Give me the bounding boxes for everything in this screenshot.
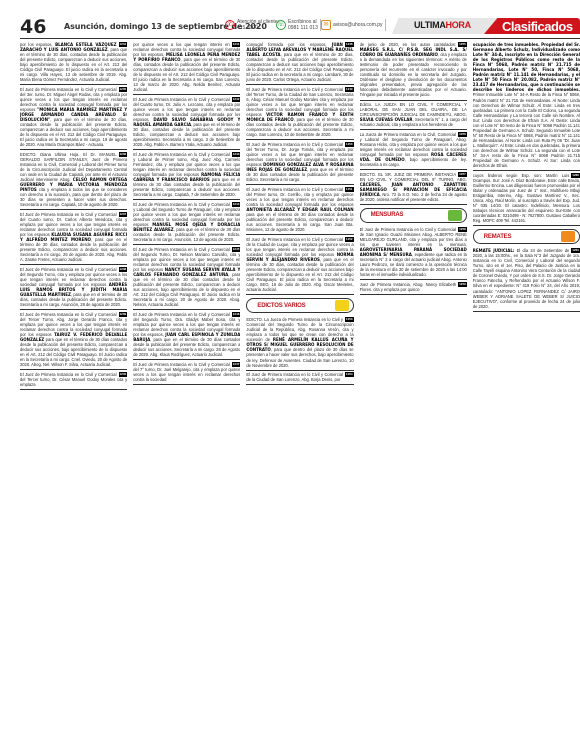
classified-ad: 1257EDICTO. EL SR. JUEZ DE PRIMERA INSTA… [360, 172, 467, 205]
ad-text: El Juez de Primera Instancia en lo Civil… [360, 227, 467, 247]
ad-code: 1254 [345, 372, 354, 377]
classified-ad: 1249El Juez de Primera Instancia en lo C… [246, 87, 353, 140]
ad-text: El Juez de Primera Instancia en lo Civil… [133, 362, 240, 382]
whatsapp-icon: ☏ [276, 20, 286, 30]
section-label: REMATES [484, 234, 512, 240]
ad-text: cuyos linderos según Esp. son: Martín Lu… [473, 173, 580, 223]
classified-ad: 1243El Juez de Primera Instancia en lo C… [133, 152, 240, 200]
column-3: 1248conyugal formada por los esposos, JU… [246, 42, 353, 742]
classified-ad: 1247El Juez de Primera Instancia en lo C… [133, 362, 240, 385]
divider [385, 19, 386, 31]
page-header: 46 Asunción, domingo 13 de septiembre de… [0, 0, 580, 34]
classified-ad: 1250El Juez de Primera Instancia en lo C… [246, 142, 353, 185]
section-title: Clasificados [502, 19, 573, 34]
classified-ad: 1235El Juez de Primera Instancia en lo C… [20, 87, 127, 151]
ad-text: EDICTO. EL SR. JUEZ DE PRIMERA INSTANCIA… [360, 172, 467, 182]
column-2: 1241por quince veces a los que tengan in… [133, 42, 240, 742]
classified-ad: ocupación de tres inmuebles. Propiedad d… [473, 42, 580, 171]
ad-text: , para que en el término de 30 días, con… [246, 257, 353, 292]
section-illustration-icon [335, 300, 349, 311]
column-1: 1234por los esposos, BLANCA ESTELA VÁZQU… [20, 42, 127, 742]
column-5: ocupación de tres inmuebles. Propiedad d… [473, 42, 580, 742]
ad-text: Primer Inmueble Lote N° 34-A Resto de la… [473, 92, 580, 168]
section-label: MENSURAS [371, 212, 404, 218]
classified-ad: 1236EDICTO. Diana Ultima Hoja. El Dr. MA… [20, 152, 127, 211]
column-4: 1255de junio de 2020, en los autos carat… [360, 42, 467, 742]
classified-ad: 1234por los esposos, BLANCA ESTELA VÁZQU… [20, 42, 127, 85]
ad-text: , para que en el término de 30 días, con… [133, 57, 240, 92]
classified-ad: Edicto. LA JUEZA EN LO CIVIL Y COMERCIAL… [360, 102, 467, 130]
ad-text: , para que en el término de 30 días cont… [133, 272, 240, 307]
classified-ad: 1241por quince veces a los que tengan in… [133, 42, 240, 95]
ad-text: para que en el término de 30 días contad… [246, 212, 353, 232]
header-rule [20, 38, 580, 39]
phone-icon: ✆ [225, 20, 235, 30]
classified-ad: 1260cuyos linderos según Esp. son: Martí… [473, 173, 580, 226]
ad-text: para que en el término de 30 días contad… [20, 337, 127, 367]
ad-text: El Juez de Primera Instancia en lo Civil… [246, 187, 353, 207]
classified-ad: 1240El Juez de Primera Instancia en lo C… [20, 372, 127, 390]
classified-ad: 1246El Juez de Primera Instancia en lo C… [133, 312, 240, 360]
ad-text: Edicto. LA JUEZA EN LO CIVIL Y COMERCIAL… [360, 102, 467, 117]
page-number: 46 [20, 16, 46, 38]
customer-service-contact[interactable]: ✆ Atención al cliente:415 7000 [225, 19, 279, 31]
classified-ad: 1251El Juez de Primera Instancia en lo C… [246, 187, 353, 235]
classified-ad: 1259Juez de Primera Instancia, Abog. Nan… [360, 282, 467, 295]
ad-code: 1259 [458, 282, 467, 287]
classified-ad: 1254El Juez de Primera Instancia en lo C… [246, 372, 353, 385]
brand-banner: ULTIMAHORA Clasificados [392, 18, 580, 34]
classified-ad: 1255de junio de 2020, en los autos carat… [360, 42, 467, 101]
ad-highlight: ocupación de tres inmuebles. Propiedad d… [473, 42, 580, 92]
section-label: EDICTOS VARIOS [257, 303, 305, 309]
classified-ad: 1239El Juez de Primera Instancia en lo C… [20, 312, 127, 371]
section-header: REMATES [473, 229, 580, 244]
ad-text: , para que en el término de 30 días, con… [246, 52, 353, 82]
brand-logo: ULTIMAHORA [414, 20, 471, 30]
ad-text: El Juez de Primera Instancia en lo Civil… [20, 372, 127, 387]
ad-text: , para que en el término de 30 días cont… [133, 337, 240, 357]
classified-ad: 1248conyugal formada por los esposos, JU… [246, 42, 353, 85]
classified-ad: 1256La Jueza de Primera Instancia en lo … [360, 132, 467, 170]
ad-text: El día 24 de Setiembre de 2020, a las 15… [473, 248, 580, 309]
ad-text: , cita y emplaza a la demandada en los s… [360, 52, 467, 97]
ad-text: Juez de Primera Instancia, Abog. Nancy E… [360, 282, 457, 292]
section-illustration-icon [448, 210, 462, 221]
classified-ad: 1244El Juez de Primera Instancia en lo C… [133, 202, 240, 245]
classified-ad: 1237El Juez de Primera Instancia en lo C… [20, 212, 127, 265]
classified-ad: 1261REMATE JUDICIAL: El día 24 de Setiem… [473, 248, 580, 312]
ad-text: cita y emplaza a todos los que se consid… [20, 187, 127, 207]
ad-text: , para que en el término de 30 días, con… [20, 47, 127, 82]
section-header: EDICTOS VARIOS [246, 298, 353, 313]
classified-ad: 1242El Juez de Primera Instancia en lo C… [133, 97, 240, 150]
classifieds-columns: 1234por los esposos, BLANCA ESTELA VÁZQU… [20, 42, 580, 742]
ad-text: , para que en el término de 30 días, con… [20, 117, 127, 147]
section-header: MENSURAS [360, 208, 467, 223]
classified-ad: 1238El Juez de Primera Instancia en lo C… [20, 267, 127, 310]
classified-ad: 1245El Juez de Primera Instancia en lo C… [133, 247, 240, 311]
whatsapp-contact[interactable]: ☏ Escríbinos al0981 111 013 [276, 19, 321, 31]
envelope-icon: ✉ [321, 20, 331, 30]
ad-text: El Juez de Primera Instancia en lo Civil… [246, 372, 343, 382]
section-illustration-icon [561, 231, 575, 242]
classified-ad: 1252El Juez de Primera Instancia en lo C… [246, 237, 353, 296]
classified-ad: 1258El Juez de Primera Instancia en lo C… [360, 227, 467, 280]
email-contact[interactable]: ✉ avisos@uhora.com.py [321, 19, 386, 31]
classified-ad: 1253EDICTO. La Jueza de Primera Instanci… [246, 317, 353, 370]
